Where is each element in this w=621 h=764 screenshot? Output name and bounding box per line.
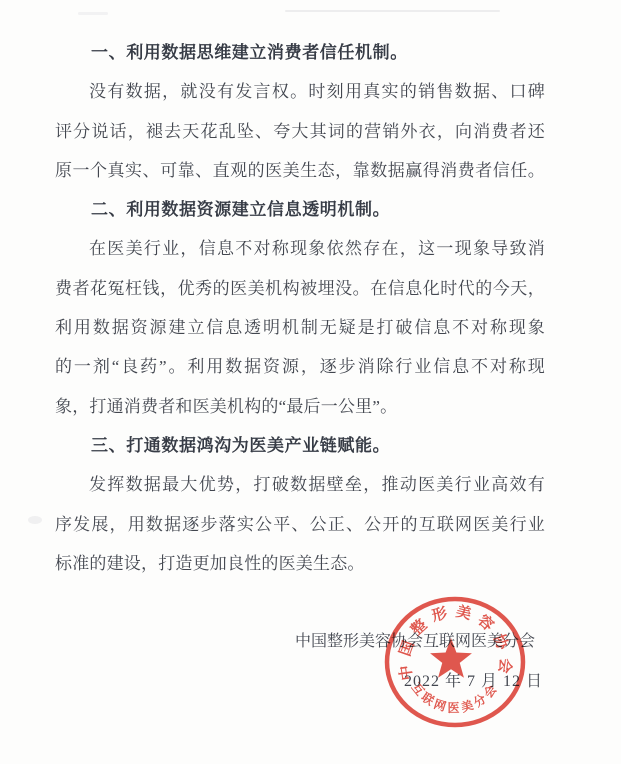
document-body: 一、利用数据思维建立消费者信任机制。 没有数据，就没有发言权。时刻用真实的销售数… [55,33,545,701]
paragraph-line: 评分说话，褪去天花乱坠、夸大其词的营销外衣，向消费者还 [55,112,545,151]
paragraph-line: 在医美行业，信息不对称现象依然存在，这一现象导致消 [55,229,545,268]
scan-artifact [78,12,108,15]
paragraph-line: 标准的建设，打造更加良性的医美生态。 [55,544,545,583]
date-line: 2022 年 7 月 12 日 [55,662,545,701]
scanned-document-page: 一、利用数据思维建立消费者信任机制。 没有数据，就没有发言权。时刻用真实的销售数… [0,0,621,764]
paragraph-line: 的一剂“良药”。利用数据资源，逐步消除行业信息不对称现 [55,347,545,386]
section-3-heading: 三、打通数据鸿沟为医美产业链赋能。 [55,426,545,465]
scan-artifact [28,516,42,524]
signature-line: 中国整形美容协会互联网医美分会 [55,622,545,661]
section-2-heading: 二、利用数据资源建立信息透明机制。 [55,190,545,229]
paragraph-line: 序发展，用数据逐步落实公平、公正、公开的互联网医美行业 [55,505,545,544]
paragraph-line: 象，打通消费者和医美机构的“最后一公里”。 [55,387,545,426]
paragraph-line: 费者花冤枉钱，优秀的医美机构被埋没。在信息化时代的今天， [55,269,545,308]
paragraph-line: 发挥数据最大优势，打破数据壁垒，推动医美行业高效有 [55,465,545,504]
paragraph-line: 原一个真实、可靠、直观的医美生态，靠数据赢得消费者信任。 [55,151,545,190]
paragraph-line: 利用数据资源建立信息透明机制无疑是打破信息不对称现象 [55,308,545,347]
blank-line [55,583,545,622]
scan-artifact [285,10,500,12]
paragraph-line: 没有数据，就没有发言权。时刻用真实的销售数据、口碑 [55,72,545,111]
section-1-heading: 一、利用数据思维建立消费者信任机制。 [55,33,545,72]
